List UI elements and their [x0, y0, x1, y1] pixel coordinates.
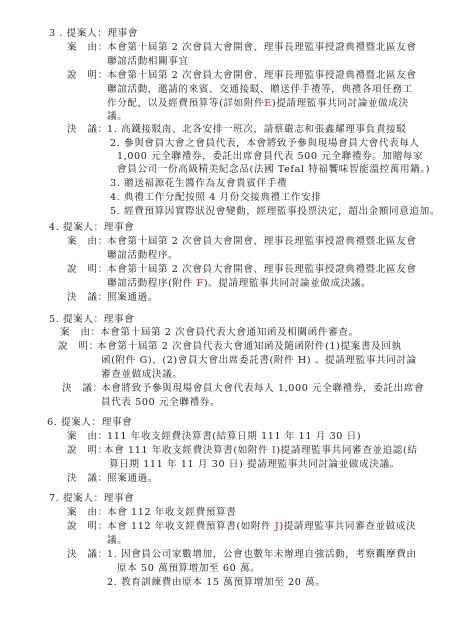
resolution-item: 會員公司一份高級精美紀念品(法國 Tefal 特福饗味智能溫控萬用鍋。)	[117, 164, 430, 176]
desc-text: 本會 112 年收支經費預算書(如附件 J)提請理監事共同審查並做成決	[107, 521, 416, 533]
proposal-header: 4. 提案人：理事會	[49, 222, 134, 234]
case-label: 案 由：	[67, 236, 108, 248]
resolution-item: 1,000 元全聯禮券，委託出席會員代表 500 元全聯禮券。加贈每家	[117, 151, 423, 163]
desc-label: 說 明：	[67, 521, 108, 533]
resolution-label: 決 議：	[62, 383, 103, 395]
proposal-header: 5. 提案人：理事會	[49, 314, 134, 326]
case-text: 本會 112 年收支經費預算書	[107, 507, 236, 519]
resolution-item: 2. 參與會員大會之會員代表，本會將致予參與現場會員大會代表每人	[110, 138, 420, 150]
desc-text: 本會第十屆第 2 次會員大會開會、理事長理監事授證典禮暨北區友會	[107, 264, 417, 276]
desc-label: 說 明：	[67, 264, 108, 276]
resolution-item: 4. 典禮工作分配按照 4 月份交接典禮工作安排	[110, 192, 322, 204]
desc-text: 聯誼活動，邀請的來賓、交通接駁、贈送伴手禮等，典禮各項任務工	[107, 84, 413, 96]
proposal-header: 7. 提案人：理事會	[49, 493, 134, 505]
case-label: 案 由：	[67, 431, 108, 443]
desc-label: 說 明：	[67, 445, 108, 457]
case-text: 聯誼活動相關事宜	[107, 56, 189, 68]
desc-label: 說 明：	[67, 70, 108, 82]
case-label: 案 由：	[60, 327, 101, 339]
case-text: 本會第十屆第 2 次會員大會開會、理事長理監事授證典禮暨北區友會	[107, 236, 417, 248]
resolution-item: 原本 50 萬預算增加至 60 萬。	[117, 563, 260, 575]
desc-text: 函(附件 G)、(2)會員大會出席委託書(附件 H) 。提請理監事共同討論	[101, 355, 417, 367]
resolution-text: 照案通過。	[107, 473, 158, 485]
desc-text: 本會第十屆第 2 次會員代表大會通知函及隨函附件(1)提案書及回執	[97, 341, 402, 353]
case-text: 111 年收支經費決算書(結算日期 111 年 11 月 30 日)	[107, 431, 361, 443]
case-label: 案 由：	[67, 507, 108, 519]
desc-text: 聯誼活動程序(附件 F)。提請理監事共同討論並做成決議。	[107, 278, 371, 290]
desc-text: 議。	[107, 111, 127, 123]
resolution-text: 本會將致予參與現場會員大會代表每人 1,000 元全聯禮券，委託出席會	[101, 383, 424, 395]
resolution-item: 5. 經費預算因實際狀況會變動，經理監事投票決定，超出金額同意追加。	[110, 206, 440, 218]
resolution-item: 1. 因會員公司家數增加，公會也數年未辦理自強活動，考察觀摩費由	[107, 549, 417, 561]
resolution-label: 決 議：	[67, 292, 108, 304]
case-text: 聯誼活動程序。	[107, 250, 178, 262]
attachment-ref: F	[197, 278, 204, 289]
case-label: 案 由：	[67, 42, 108, 54]
case-text: 本會第十屆第 2 次會員代表大會通知函及相關函件審查。	[100, 327, 359, 339]
proposal-header: 3 . 提案人：理事會	[49, 28, 138, 40]
resolution-text: 員代表 500 元全聯禮券。	[101, 397, 220, 409]
desc-text: 算日期 111 年 11 月 30 日) 提請理監事共同討論並做成決議。	[109, 459, 400, 471]
resolution-label: 決 議：	[67, 473, 108, 485]
desc-text: 審查並做成決議。	[101, 369, 183, 381]
desc-text: 本會第十屆第 2 次會員大會開會、理事長理監事授證典禮暨北區友會	[107, 70, 417, 82]
resolution-label: 決 議：	[67, 124, 108, 136]
resolution-label: 決 議：	[67, 549, 108, 561]
resolution-text: 照案通過。	[107, 292, 158, 304]
desc-text: 議。	[107, 535, 127, 547]
desc-label: 說 明：	[58, 341, 99, 353]
resolution-item: 3. 贈送福源花生醬作為友會貴賓伴手禮	[110, 178, 287, 190]
attachment-ref: E	[264, 98, 272, 109]
resolution-item: 1. 高鐵接駁南、北各安排一班次，請蔡嚴志和張鑫耀理事負責接駁	[107, 124, 406, 136]
case-text: 本會第十屆第 2 次會員大會開會、理事長理監事授證典禮暨北區友會	[107, 42, 417, 54]
resolution-item: 2. 教育訓練費由原本 15 萬預算增加至 20 萬。	[107, 577, 326, 589]
proposal-header: 6. 提案人：理事會	[47, 417, 132, 429]
desc-text: 本會 111 年收支經費決算書(如附件 I)提請理監事共同審查並追認(結	[104, 445, 418, 457]
desc-text: 作分配，以及經費預算等(詳如附件E)提請理監事共同討論並做成決	[107, 98, 409, 110]
